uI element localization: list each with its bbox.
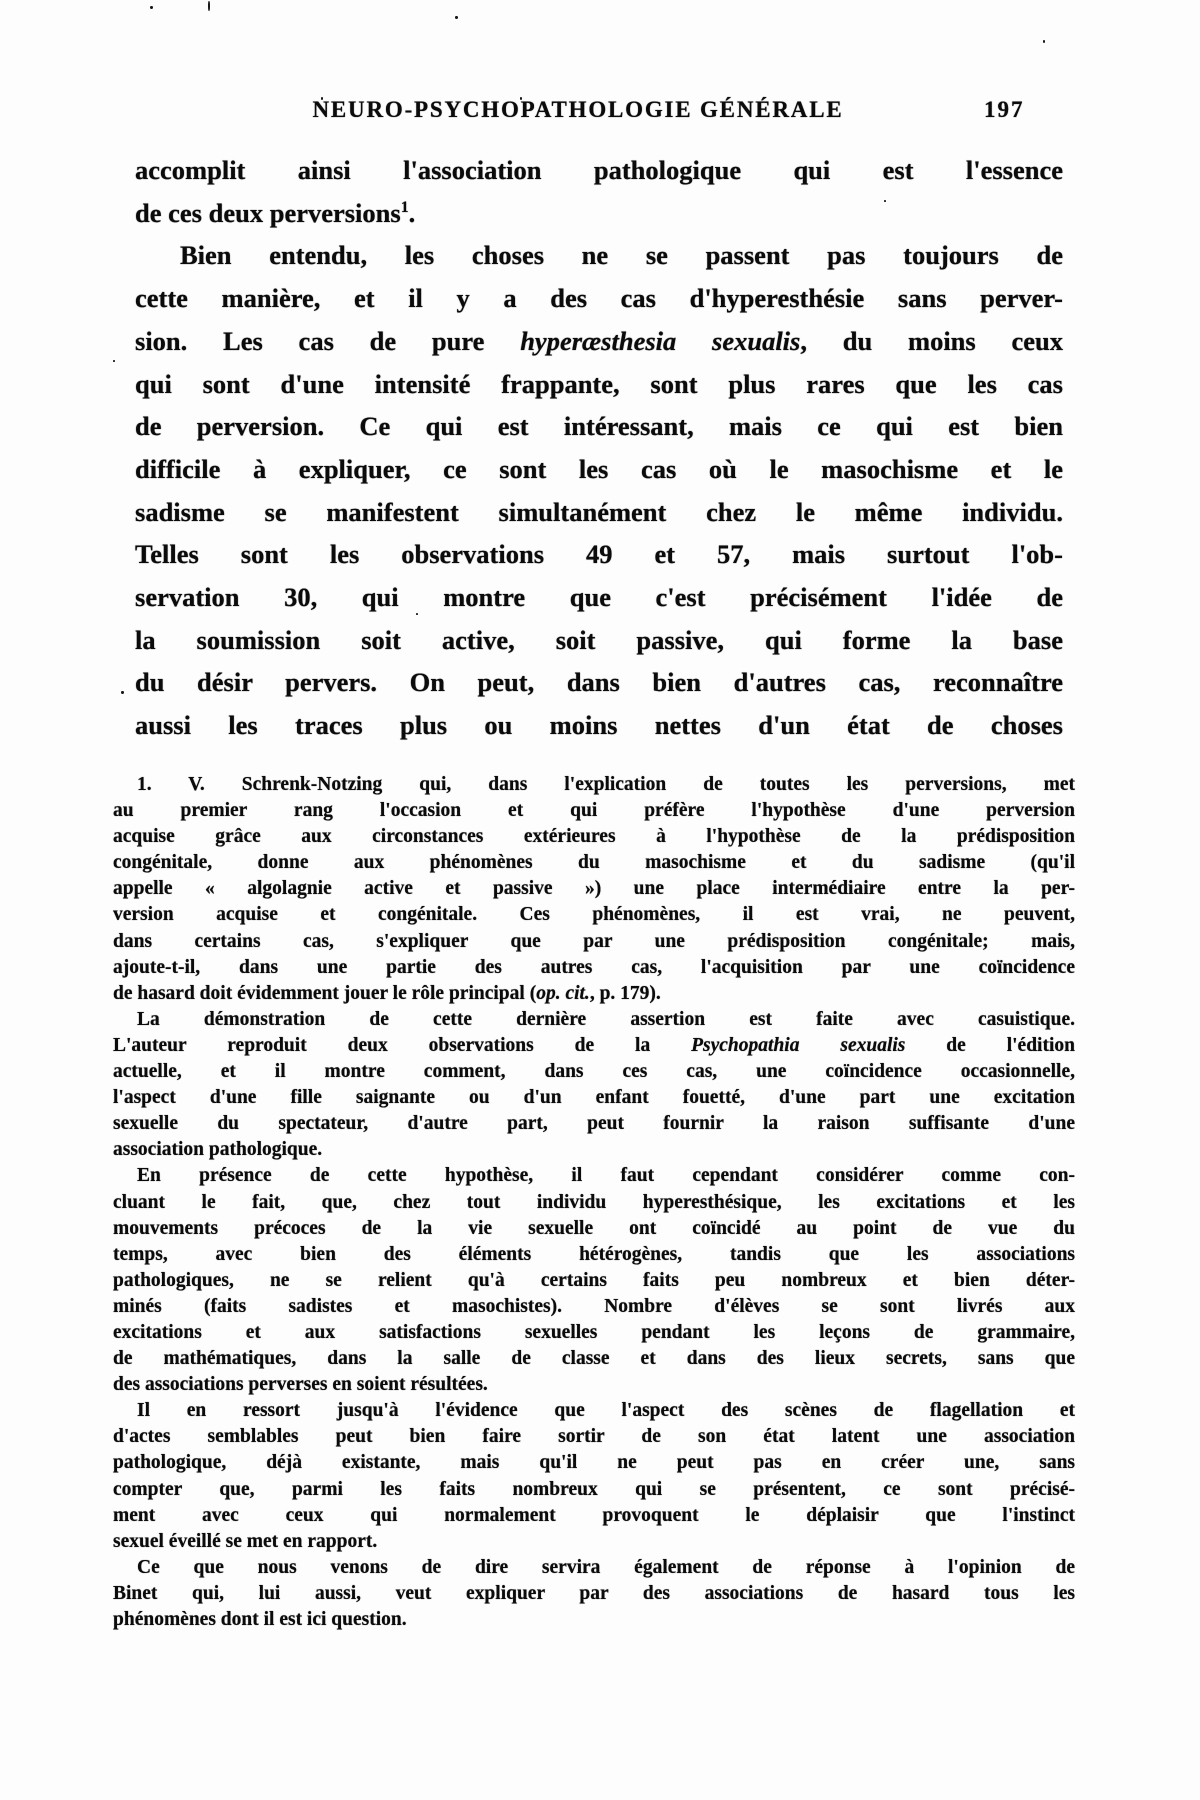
text-line: sion. Les cas de pure hyperæsthesia sexu… xyxy=(135,320,1063,363)
text-line: Il en ressort jusqu'à l'évidence que l'a… xyxy=(113,1398,1075,1424)
text-segment: de mathématiques, dans la salle de class… xyxy=(113,1348,1075,1369)
text-line: pathologique, déjà existante, mais qu'il… xyxy=(113,1450,1075,1476)
text-line: L'auteur reproduit deux observations de … xyxy=(113,1033,1075,1059)
text-segment: ajoute-t-il, dans une partie des autres … xyxy=(113,957,1075,978)
text-segment: de ces deux perversions xyxy=(135,198,401,228)
text-segment: sexuel éveillé se met en rapport. xyxy=(113,1531,377,1552)
text-segment: minés (faits sadistes et masochistes). N… xyxy=(113,1296,1075,1317)
text-segment: de l'édition xyxy=(905,1035,1075,1056)
text-segment: L'auteur reproduit deux observations de … xyxy=(113,1035,691,1056)
text-line: mouvements précoces de la vie sexuelle o… xyxy=(113,1216,1075,1242)
text-segment: 1. V. Schrenk-Notzing qui, dans l'explic… xyxy=(137,774,1075,795)
text-line: Bien entendu, les choses ne se passent p… xyxy=(135,234,1063,277)
main-text-block: accomplit ainsi l'association pathologiq… xyxy=(135,149,1063,747)
text-segment: qui sont d'une intensité frappante, sont… xyxy=(135,369,1063,399)
text-line: temps, avec bien des éléments hétérogène… xyxy=(113,1242,1075,1268)
text-segment: congénitale, donne aux phénomènes du mas… xyxy=(113,852,1075,873)
text-segment: Binet qui, lui aussi, veut expliquer par… xyxy=(113,1583,1075,1604)
text-line: phénomènes dont il est ici question. xyxy=(113,1607,1075,1633)
text-segment: des associations perverses en soient rés… xyxy=(113,1374,488,1395)
scan-speck xyxy=(1043,40,1045,43)
paragraph: accomplit ainsi l'association pathologiq… xyxy=(135,149,1063,234)
text-line: qui sont d'une intensité frappante, sont… xyxy=(135,363,1063,406)
text-line: ment avec ceux qui normalement provoquen… xyxy=(113,1503,1075,1529)
italic-text: hyperæsthesia sexualis xyxy=(520,326,800,356)
text-line: de mathématiques, dans la salle de class… xyxy=(113,1346,1075,1372)
text-segment: accomplit ainsi l'association pathologiq… xyxy=(135,155,1063,185)
text-segment: acquise grâce aux circonstances extérieu… xyxy=(113,826,1075,847)
text-line: appelle « algolagnie active et passive »… xyxy=(113,876,1075,902)
text-line: actuelle, et il montre comment, dans ces… xyxy=(113,1059,1075,1085)
text-line: dans certains cas, s'expliquer que par u… xyxy=(113,929,1075,955)
text-segment: phénomènes dont il est ici question. xyxy=(113,1609,407,1630)
text-segment: servation 30, qui montre que c'est préci… xyxy=(135,582,1063,612)
paragraph: Il en ressort jusqu'à l'évidence que l'a… xyxy=(113,1398,1075,1555)
footnote-reference-mark: 1 xyxy=(401,199,409,216)
paragraph: Ce que nous venons de dire servira égale… xyxy=(113,1555,1075,1633)
text-segment: ment avec ceux qui normalement provoquen… xyxy=(113,1505,1075,1526)
scan-speck xyxy=(416,613,418,615)
text-segment: cette manière, et il y a des cas d'hyper… xyxy=(135,283,1063,313)
text-segment: temps, avec bien des éléments hétérogène… xyxy=(113,1244,1075,1265)
text-line: cluant le fait, que, chez tout individu … xyxy=(113,1190,1075,1216)
text-segment: , du moins ceux xyxy=(800,326,1063,356)
text-line: ajoute-t-il, dans une partie des autres … xyxy=(113,955,1075,981)
text-line: difficile à expliquer, ce sont les cas o… xyxy=(135,448,1063,491)
scan-speck xyxy=(520,97,522,100)
text-line: minés (faits sadistes et masochistes). N… xyxy=(113,1294,1075,1320)
text-line: En présence de cette hypothèse, il faut … xyxy=(113,1163,1075,1189)
scan-speck xyxy=(321,97,323,100)
text-line: des associations perverses en soient rés… xyxy=(113,1372,1075,1398)
text-segment: En présence de cette hypothèse, il faut … xyxy=(137,1165,1075,1186)
text-segment: pathologique, déjà existante, mais qu'il… xyxy=(113,1452,1075,1473)
text-segment: compter que, parmi les faits nombreux qu… xyxy=(113,1479,1075,1500)
text-segment: de perversion. Ce qui est intéressant, m… xyxy=(135,411,1063,441)
paragraph: 1. V. Schrenk-Notzing qui, dans l'explic… xyxy=(113,772,1075,1007)
text-segment: la soumission soit active, soit passive,… xyxy=(135,625,1063,655)
text-segment: aussi les traces plus ou moins nettes d'… xyxy=(135,710,1063,740)
text-segment: cluant le fait, que, chez tout individu … xyxy=(113,1192,1075,1213)
text-line: d'actes semblables peut bien faire sorti… xyxy=(113,1424,1075,1450)
text-segment: sion. Les cas de pure xyxy=(135,326,520,356)
text-line: 1. V. Schrenk-Notzing qui, dans l'explic… xyxy=(113,772,1075,798)
text-segment: Telles sont les observations 49 et 57, m… xyxy=(135,539,1063,569)
page-number: 197 xyxy=(984,97,1025,123)
text-segment: dans certains cas, s'expliquer que par u… xyxy=(113,931,1075,952)
text-line: Ce que nous venons de dire servira égale… xyxy=(113,1555,1075,1581)
text-segment: sadisme se manifestent simultanément che… xyxy=(135,497,1063,527)
text-line: acquise grâce aux circonstances extérieu… xyxy=(113,824,1075,850)
scan-speck xyxy=(150,6,153,9)
text-line: aussi les traces plus ou moins nettes d'… xyxy=(135,704,1063,747)
text-line: sadisme se manifestent simultanément che… xyxy=(135,491,1063,534)
text-segment: pathologiques, ne se relient qu'à certai… xyxy=(113,1270,1075,1291)
text-line: excitations et aux satisfactions sexuell… xyxy=(113,1320,1075,1346)
text-segment: Bien entendu, les choses ne se passent p… xyxy=(180,240,1063,270)
text-line: du désir pervers. On peut, dans bien d'a… xyxy=(135,661,1063,704)
text-segment: Ce que nous venons de dire servira égale… xyxy=(137,1557,1075,1578)
scan-speck xyxy=(455,16,458,19)
paragraph: En présence de cette hypothèse, il faut … xyxy=(113,1163,1075,1398)
text-line: congénitale, donne aux phénomènes du mas… xyxy=(113,850,1075,876)
text-line: Telles sont les observations 49 et 57, m… xyxy=(135,533,1063,576)
text-segment: difficile à expliquer, ce sont les cas o… xyxy=(135,454,1063,484)
text-segment: au premier rang l'occasion et qui préfèr… xyxy=(113,800,1075,821)
scan-speck xyxy=(121,691,124,694)
scan-speck xyxy=(113,360,115,362)
running-header-title: NEURO-PSYCHOPATHOLOGIE GÉNÉRALE xyxy=(313,97,844,123)
text-line: la soumission soit active, soit passive,… xyxy=(135,619,1063,662)
text-line: sexuelle du spectateur, d'autre part, pe… xyxy=(113,1111,1075,1137)
text-segment: l'aspect d'une fille saignante ou d'un e… xyxy=(113,1087,1075,1108)
text-line: de perversion. Ce qui est intéressant, m… xyxy=(135,405,1063,448)
text-line: sexuel éveillé se met en rapport. xyxy=(113,1529,1075,1555)
scan-speck xyxy=(884,200,886,202)
text-line: de ces deux perversions1. xyxy=(135,192,1063,235)
text-segment: appelle « algolagnie active et passive »… xyxy=(113,878,1075,899)
text-line: pathologiques, ne se relient qu'à certai… xyxy=(113,1268,1075,1294)
text-segment: , p. 179). xyxy=(590,983,661,1004)
scanned-book-page: NEURO-PSYCHOPATHOLOGIE GÉNÉRALE 197 acco… xyxy=(0,0,1200,1800)
text-line: compter que, parmi les faits nombreux qu… xyxy=(113,1477,1075,1503)
text-line: servation 30, qui montre que c'est préci… xyxy=(135,576,1063,619)
text-line: au premier rang l'occasion et qui préfèr… xyxy=(113,798,1075,824)
text-segment: Il en ressort jusqu'à l'évidence que l'a… xyxy=(137,1400,1075,1421)
text-segment: La démonstration de cette dernière asser… xyxy=(137,1009,1075,1030)
text-segment: actuelle, et il montre comment, dans ces… xyxy=(113,1061,1075,1082)
text-segment: de hasard doit évidemment jouer le rôle … xyxy=(113,983,536,1004)
text-line: de hasard doit évidemment jouer le rôle … xyxy=(113,981,1075,1007)
text-segment: mouvements précoces de la vie sexuelle o… xyxy=(113,1218,1075,1239)
text-line: accomplit ainsi l'association pathologiq… xyxy=(135,149,1063,192)
italic-text: Psychopathia sexualis xyxy=(691,1035,905,1056)
text-segment: du désir pervers. On peut, dans bien d'a… xyxy=(135,667,1063,697)
text-line: La démonstration de cette dernière asser… xyxy=(113,1007,1075,1033)
italic-text: op. cit. xyxy=(536,983,590,1004)
text-segment: excitations et aux satisfactions sexuell… xyxy=(113,1322,1075,1343)
text-segment: version acquise et congénitale. Ces phén… xyxy=(113,904,1075,925)
paragraph: Bien entendu, les choses ne se passent p… xyxy=(135,234,1063,746)
text-line: version acquise et congénitale. Ces phén… xyxy=(113,902,1075,928)
text-line: association pathologique. xyxy=(113,1137,1075,1163)
text-segment: sexuelle du spectateur, d'autre part, pe… xyxy=(113,1113,1075,1134)
text-segment: d'actes semblables peut bien faire sorti… xyxy=(113,1426,1075,1447)
text-line: l'aspect d'une fille saignante ou d'un e… xyxy=(113,1085,1075,1111)
footnote-block: 1. V. Schrenk-Notzing qui, dans l'explic… xyxy=(113,772,1075,1633)
paragraph: La démonstration de cette dernière asser… xyxy=(113,1007,1075,1164)
text-segment: . xyxy=(409,198,416,228)
scan-speck xyxy=(208,1,210,11)
text-line: cette manière, et il y a des cas d'hyper… xyxy=(135,277,1063,320)
text-segment: association pathologique. xyxy=(113,1139,322,1160)
text-line: Binet qui, lui aussi, veut expliquer par… xyxy=(113,1581,1075,1607)
